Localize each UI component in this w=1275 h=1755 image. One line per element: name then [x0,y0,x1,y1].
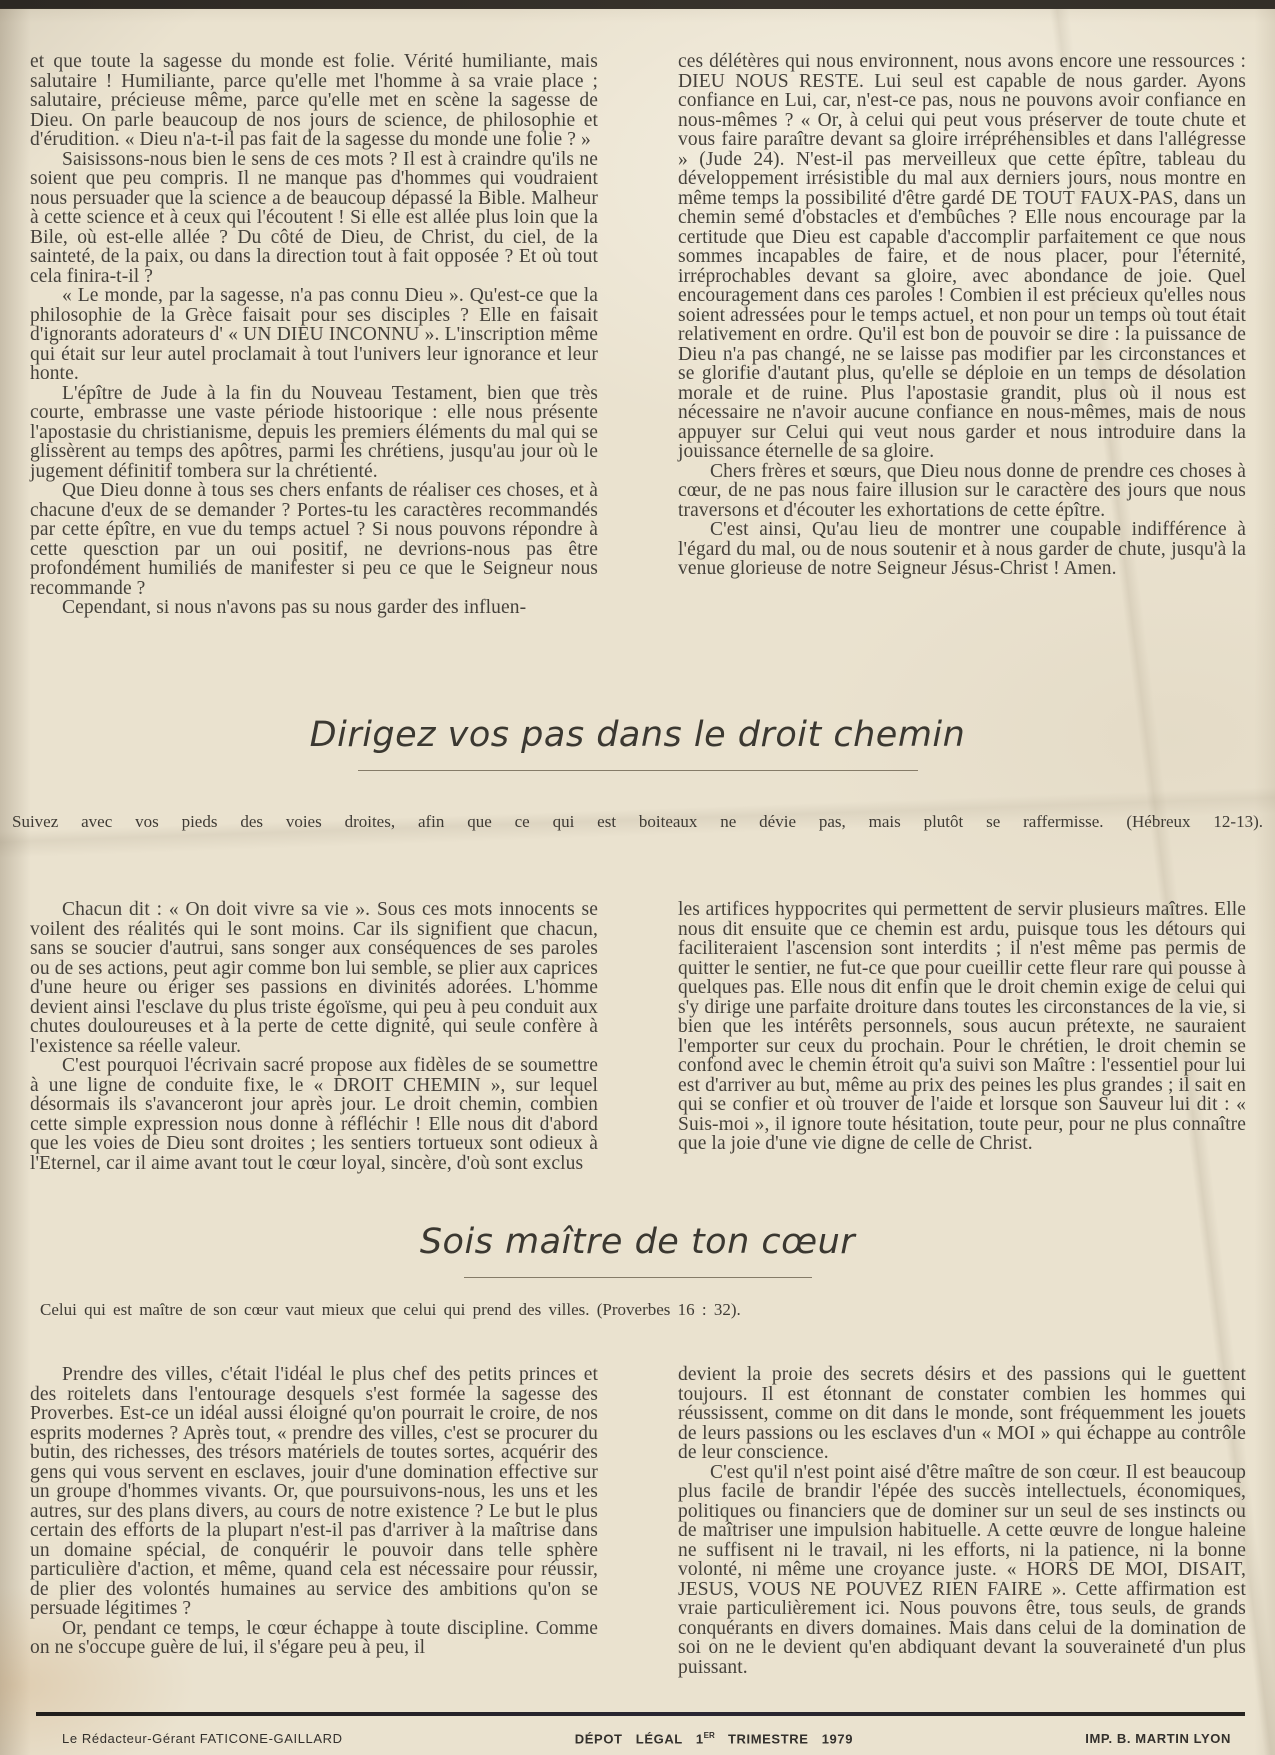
paragraph: Chacun dit : « On doit vivre sa vie ». S… [30,900,598,1056]
article2-right-column: les artifices hyppocrites qui permettent… [678,900,1246,1173]
article1-left-column: et que toute la sagesse du monde est fol… [30,52,598,618]
footer-printer: IMP. B. MARTIN LYON [1085,1731,1231,1746]
article1-continuation: et que toute la sagesse du monde est fol… [30,52,1246,618]
article3-epigraph: Celui qui est maître de son cœur vaut mi… [40,1300,1075,1320]
footer-legal-suffix: TRIMESTRE 1979 [715,1731,853,1746]
paragraph: C'est qu'il n'est point aisé d'être maît… [678,1463,1246,1678]
article3-heading-block: Sois maître de ton cœur [0,1222,1275,1278]
footer-legal-deposit: DÉPOT LÉGAL 1ER TRIMESTRE 1979 [575,1731,853,1746]
paragraph: devient la proie des secrets désirs et d… [678,1365,1246,1463]
paragraph: C'est pourquoi l'écrivain sacré propose … [30,1056,598,1173]
scan-edge-strip [0,0,1275,9]
article3-left-column: Prendre des villes, c'était l'idéal le p… [30,1365,598,1677]
article3-title-rule [464,1277,812,1278]
footer-legal-prefix: DÉPOT LÉGAL 1 [575,1731,704,1746]
paragraph: C'est ainsi, Qu'au lieu de montrer une c… [678,520,1246,579]
paragraph: « Le monde, par la sagesse, n'a pas conn… [30,286,598,384]
paragraph: Prendre des villes, c'était l'idéal le p… [30,1365,598,1619]
article3-right-column: devient la proie des secrets désirs et d… [678,1365,1246,1677]
paragraph: Saisissons-nous bien le sens de ces mots… [30,150,598,287]
paragraph: les artifices hyppocrites qui permettent… [678,900,1246,1154]
paragraph: L'épître de Jude à la fin du Nouveau Tes… [30,384,598,482]
paragraph: et que toute la sagesse du monde est fol… [30,52,598,150]
article1-right-column: ces délétères qui nous environnent, nous… [678,52,1246,618]
newspaper-page: et que toute la sagesse du monde est fol… [0,0,1275,1755]
footer-rule [36,1712,1245,1716]
article2-left-column: Chacun dit : « On doit vivre sa vie ». S… [30,900,598,1173]
article3-title: Sois maître de ton cœur [0,1222,1275,1262]
article2-title-rule [358,770,918,771]
paragraph: ces délétères qui nous environnent, nous… [678,52,1246,462]
paragraph: Or, pendant ce temps, le cœur échappe à … [30,1619,598,1658]
article2-body: Chacun dit : « On doit vivre sa vie ». S… [30,900,1246,1173]
footer: Le Rédacteur-Gérant FATICONE-GAILLARD DÉ… [62,1731,1231,1746]
footer-legal-ordinal: ER [704,1731,715,1740]
article2-heading-block: Dirigez vos pas dans le droit chemin [0,715,1275,771]
footer-editor: Le Rédacteur-Gérant FATICONE-GAILLARD [62,1731,343,1746]
article2-epigraph: Suivez avec vos pieds des voies droites,… [12,812,1263,832]
paragraph: Que Dieu donne à tous ses chers enfants … [30,481,598,598]
article2-title: Dirigez vos pas dans le droit chemin [0,715,1275,755]
article3-body: Prendre des villes, c'était l'idéal le p… [30,1365,1246,1677]
paragraph: Chers frères et sœurs, que Dieu nous don… [678,462,1246,521]
paragraph: Cependant, si nous n'avons pas su nous g… [30,598,598,618]
